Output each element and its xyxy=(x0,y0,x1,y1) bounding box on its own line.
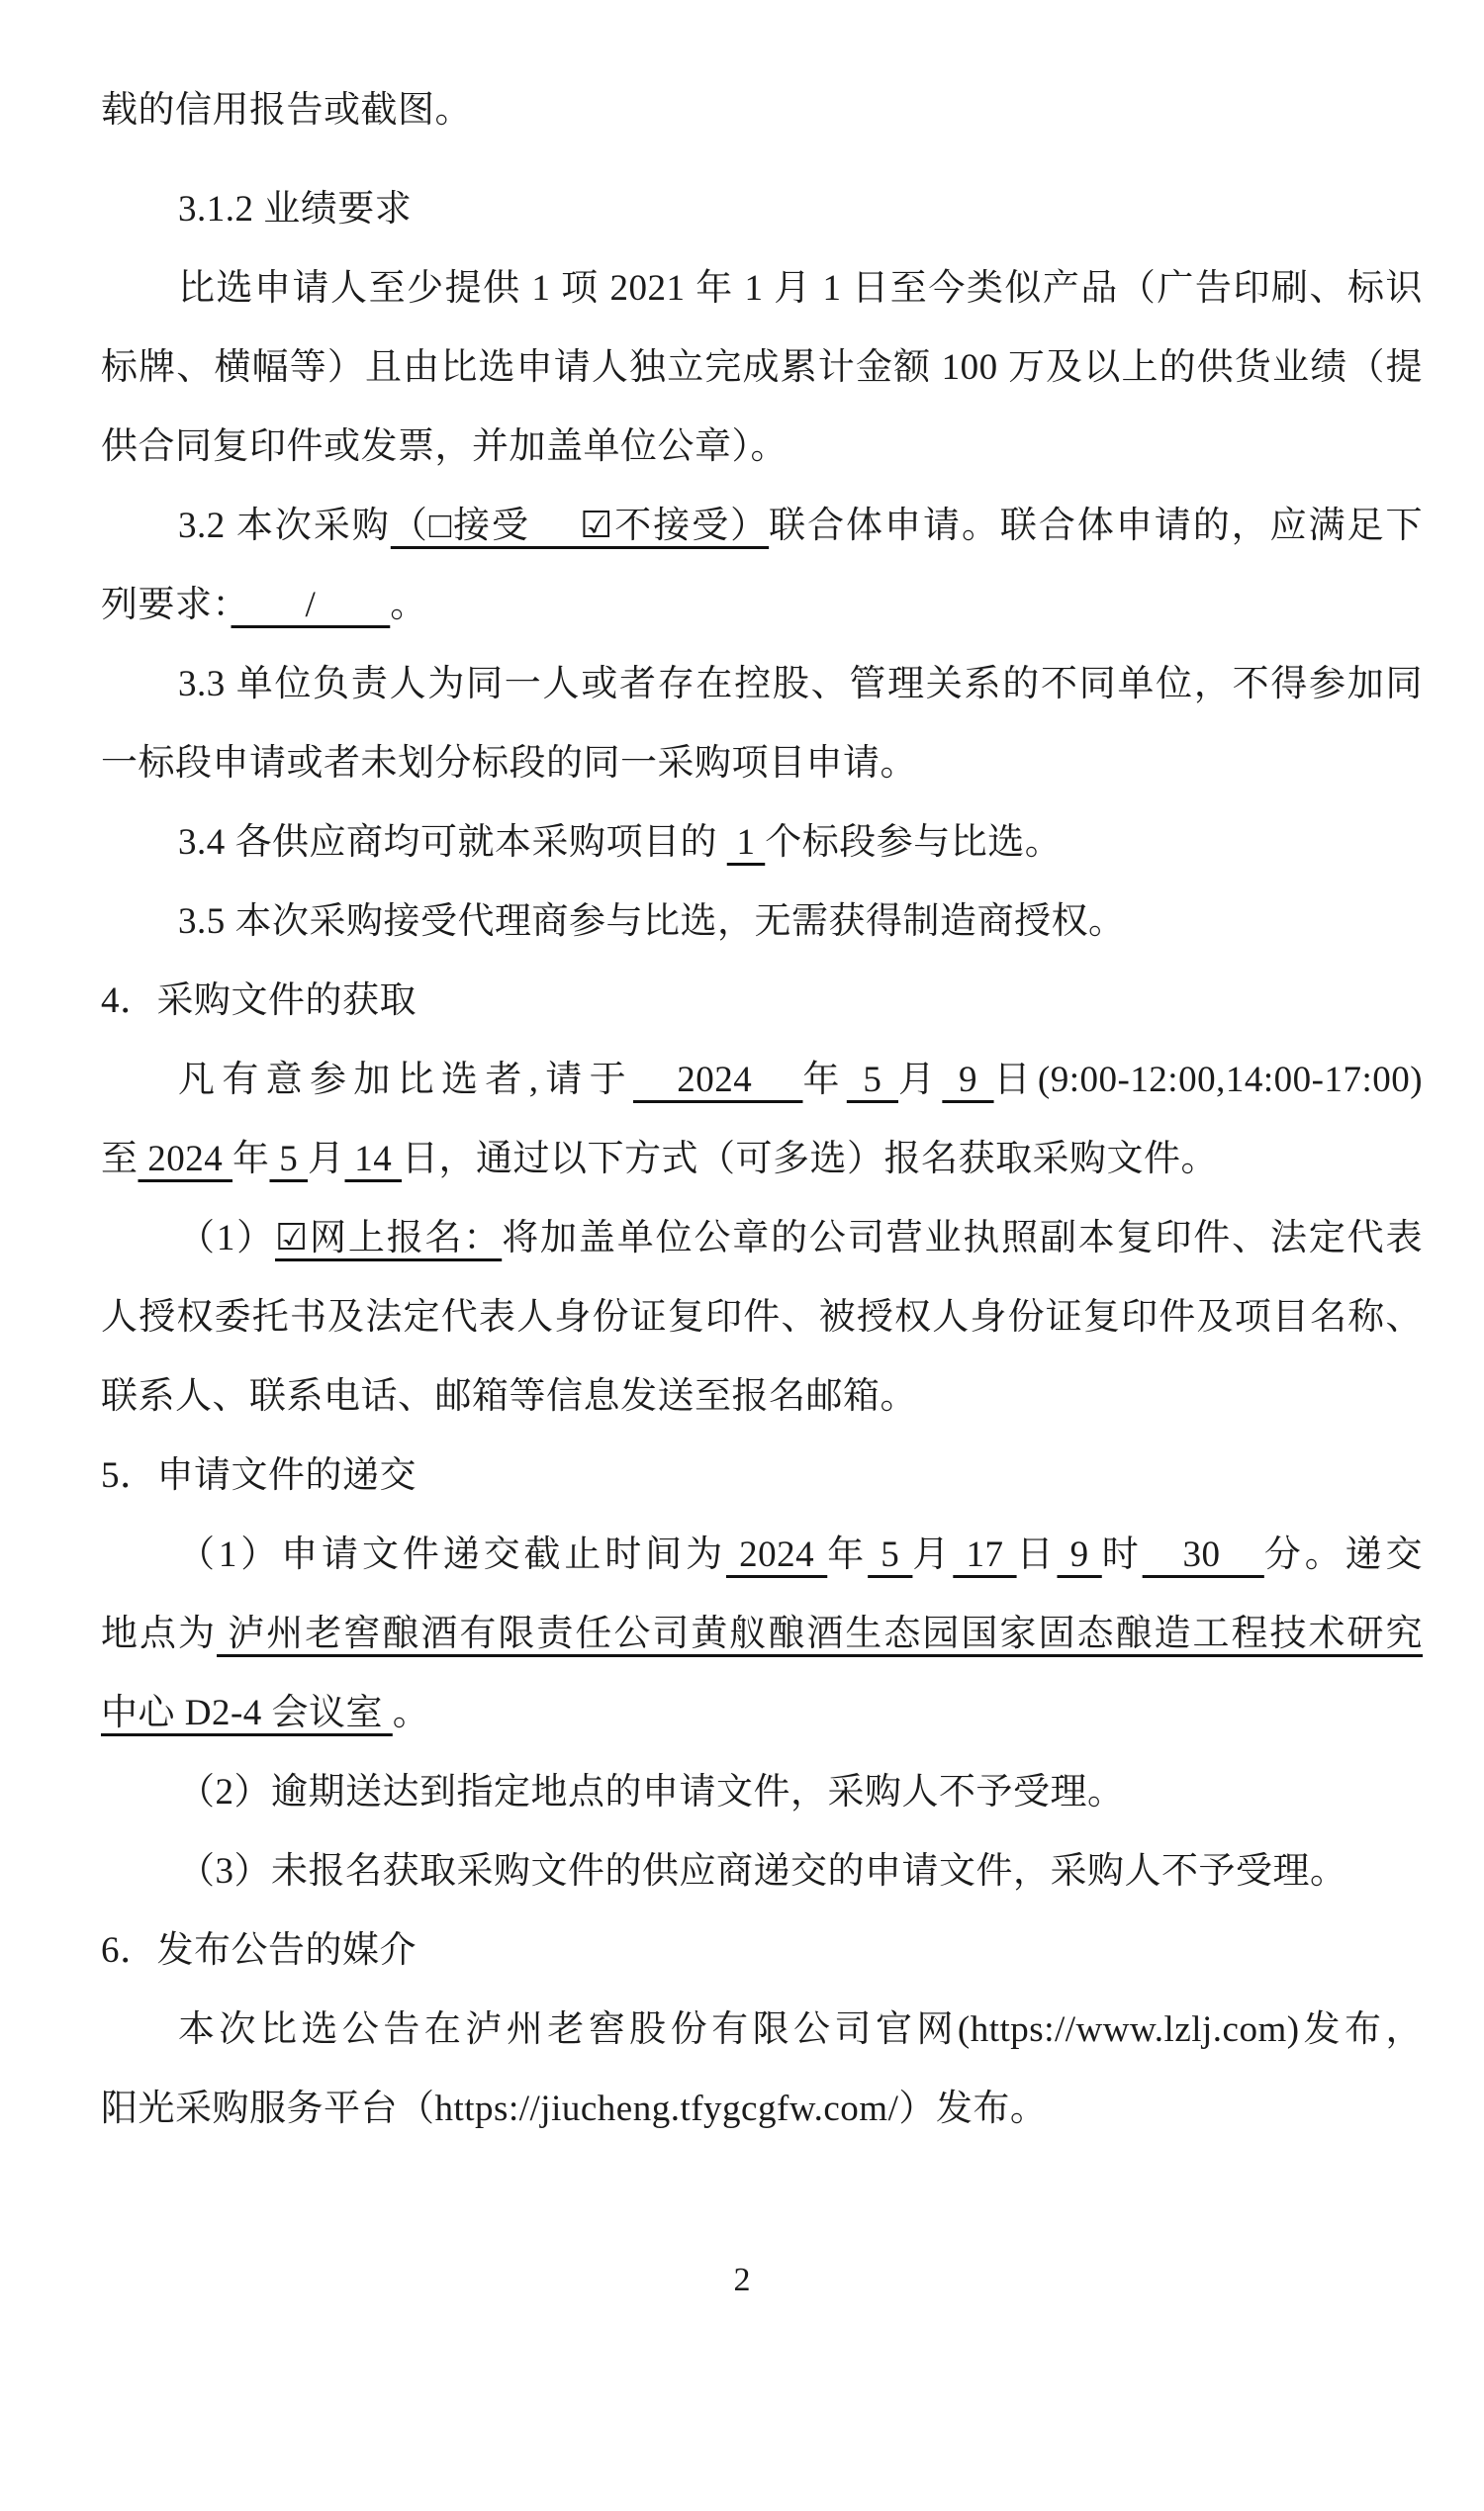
para-3-4: 3.4 各供应商均可就本采购项目的 1 个标段参与比选。 xyxy=(101,803,1423,883)
underlined-blank-text: 14 xyxy=(345,1139,403,1179)
underlined-blank-text: 2024 xyxy=(139,1139,233,1179)
heading-5: 5．申请文件的递交 xyxy=(101,1437,1423,1516)
para-6-1-line-1: 本次比选公告在泸州老窖股份有限公司官网(https://www.lzlj.com… xyxy=(101,1991,1423,2070)
text-run: 3.1.2 业绩要求 xyxy=(178,189,412,230)
underlined-blank-text: 2024 xyxy=(633,1060,803,1100)
document-body: 载的信用报告或截图。3.1.2 业绩要求比选申请人至少提供 1 项 2021 年… xyxy=(101,71,1423,2149)
heading-3-1-2: 3.1.2 业绩要求 xyxy=(101,170,1423,249)
underlined-blank-text: 30 xyxy=(1143,1534,1264,1575)
text-run: 4．采购文件的获取 xyxy=(101,980,417,1021)
document-page: 载的信用报告或截图。3.1.2 业绩要求比选申请人至少提供 1 项 2021 年… xyxy=(0,0,1484,2511)
text-run: 时 xyxy=(1102,1534,1143,1575)
para-4-1-line-1: 凡有意参加比选者,请于 2024 年 5 月 9 日(9:00-12:00,14… xyxy=(101,1041,1423,1120)
para-3-1-2-line-3: 供合同复印件或发票，并加盖单位公章）。 xyxy=(101,408,1423,487)
underlined-blank-text: ☑网上报名： xyxy=(275,1218,502,1258)
text-run: 阳光采购服务平台（https://jiucheng.tfygcgfw.com/）… xyxy=(101,2089,1047,2129)
para-4-1-line-2: 至 2024 年 5 月 14 日，通过以下方式（可多选）报名获取采购文件。 xyxy=(101,1120,1423,1199)
para-4-2-line-1: （1）☑网上报名：将加盖单位公章的公司营业执照副本复印件、法定代表 xyxy=(101,1199,1423,1278)
para-3-2-line-2: 列要求： / 。 xyxy=(101,566,1423,645)
text-run: 年 xyxy=(802,1060,846,1100)
page-number: 2 xyxy=(0,2257,1484,2304)
text-run: 3.4 各供应商均可就本采购项目的 xyxy=(178,822,727,863)
para-3-3-line-2: 一标段申请或者未划分标段的同一采购项目申请。 xyxy=(101,724,1423,803)
text-run: 。 xyxy=(390,585,427,625)
underlined-blank-text: 5 xyxy=(270,1139,309,1179)
text-run: 年 xyxy=(232,1139,270,1179)
underlined-blank-text: （□接受 ☑不接受） xyxy=(391,506,769,546)
para-5-1-line-1: （1）申请文件递交截止时间为 2024 年 5 月 17 日 9 时 30 分。… xyxy=(101,1516,1423,1595)
text-run: （3）未报名获取采购文件的供应商递交的申请文件，采购人不予受理。 xyxy=(178,1851,1347,1892)
para-3-1-2-line-2: 标牌、横幅等）且由比选申请人独立完成累计金额 100 万及以上的供货业绩（提 xyxy=(101,328,1423,408)
underlined-blank-text: 17 xyxy=(953,1534,1016,1575)
text-run: 本次比选公告在泸州老窖股份有限公司官网(https://www.lzlj.com… xyxy=(178,2009,1423,2050)
text-run: 6．发布公告的媒介 xyxy=(101,1930,417,1971)
text-run: 日 xyxy=(1017,1534,1058,1575)
text-run: 分。递交 xyxy=(1264,1534,1423,1575)
text-run: 个标段参与比选。 xyxy=(765,822,1062,863)
para-4-2-line-3: 联系人、联系电话、邮箱等信息发送至报名邮箱。 xyxy=(101,1357,1423,1437)
text-run: 供合同复印件或发票，并加盖单位公章）。 xyxy=(101,426,788,467)
underlined-blank-text: 9 xyxy=(942,1060,993,1100)
para-5-1-line-2: 地点为 泸州老窖酿酒有限责任公司黄舣酿酒生态园国家固态酿造工程技术研究 xyxy=(101,1595,1423,1674)
para-3-5: 3.5 本次采购接受代理商参与比选，无需获得制造商授权。 xyxy=(101,883,1423,962)
text-run: 月 xyxy=(308,1139,345,1179)
underlined-blank-text: 2024 xyxy=(726,1534,827,1575)
underlined-blank-text: 1 xyxy=(727,822,766,863)
para-credit-report-tail: 载的信用报告或截图。 xyxy=(101,71,1423,150)
text-run: 至 xyxy=(101,1139,139,1179)
underlined-blank-text: / xyxy=(232,585,391,625)
text-run: 联合体申请。联合体申请的，应满足下 xyxy=(769,506,1423,546)
text-run: 5．申请文件的递交 xyxy=(101,1455,417,1496)
underlined-blank-text: 泸州老窖酿酒有限责任公司黄舣酿酒生态园国家固态酿造工程技术研究 xyxy=(217,1614,1423,1654)
text-run: （2）逾期送达到指定地点的申请文件，采购人不予受理。 xyxy=(178,1772,1125,1813)
para-3-3-line-1: 3.3 单位负责人为同一人或者存在控股、管理关系的不同单位，不得参加同 xyxy=(101,645,1423,724)
text-run: 标牌、横幅等）且由比选申请人独立完成累计金额 100 万及以上的供货业绩（提 xyxy=(101,347,1423,388)
para-4-2-line-2: 人授权委托书及法定代表人身份证复印件、被授权人身份证复印件及项目名称、 xyxy=(101,1278,1423,1357)
para-6-1-line-2: 阳光采购服务平台（https://jiucheng.tfygcgfw.com/）… xyxy=(101,2070,1423,2149)
para-5-2: （2）逾期送达到指定地点的申请文件，采购人不予受理。 xyxy=(101,1753,1423,1832)
para-3-2-line-1: 3.2 本次采购（□接受 ☑不接受）联合体申请。联合体申请的，应满足下 xyxy=(101,487,1423,566)
text-run: 比选申请人至少提供 1 项 2021 年 1 月 1 日至今类似产品（广告印刷、… xyxy=(178,268,1423,309)
text-run: 日(9:00-12:00,14:00-17:00) xyxy=(994,1060,1424,1100)
text-run: 3.3 单位负责人为同一人或者存在控股、管理关系的不同单位，不得参加同 xyxy=(178,664,1423,704)
text-run: 地点为 xyxy=(101,1614,217,1654)
text-run: 日，通过以下方式（可多选）报名获取采购文件。 xyxy=(402,1139,1218,1179)
para-3-1-2-line-1: 比选申请人至少提供 1 项 2021 年 1 月 1 日至今类似产品（广告印刷、… xyxy=(101,249,1423,328)
text-run: 月 xyxy=(912,1534,953,1575)
text-run: 载的信用报告或截图。 xyxy=(101,90,472,131)
text-run: 凡有意参加比选者,请于 xyxy=(178,1060,633,1100)
heading-4: 4．采购文件的获取 xyxy=(101,962,1423,1041)
heading-6: 6．发布公告的媒介 xyxy=(101,1911,1423,1991)
text-run: 。 xyxy=(393,1693,430,1733)
text-run: （1）申请文件递交截止时间为 xyxy=(178,1534,726,1575)
underlined-blank-text: 5 xyxy=(847,1060,898,1100)
text-run: 3.2 本次采购 xyxy=(178,506,391,546)
para-5-1-line-3: 中心 D2-4 会议室 。 xyxy=(101,1674,1423,1753)
text-run: 3.5 本次采购接受代理商参与比选，无需获得制造商授权。 xyxy=(178,901,1126,942)
text-run: 将加盖单位公章的公司营业执照副本复印件、法定代表 xyxy=(502,1218,1423,1258)
text-run: 一标段申请或者未划分标段的同一采购项目申请。 xyxy=(101,743,917,784)
text-run: 年 xyxy=(827,1534,868,1575)
text-run: 人授权委托书及法定代表人身份证复印件、被授权人身份证复印件及项目名称、 xyxy=(101,1297,1423,1338)
text-run: （1） xyxy=(178,1218,275,1258)
text-run: 月 xyxy=(898,1060,942,1100)
para-5-3: （3）未报名获取采购文件的供应商递交的申请文件，采购人不予受理。 xyxy=(101,1832,1423,1911)
text-run: 列要求： xyxy=(101,585,232,625)
underlined-blank-text: 9 xyxy=(1057,1534,1101,1575)
underlined-blank-text: 5 xyxy=(868,1534,912,1575)
text-run: 联系人、联系电话、邮箱等信息发送至报名邮箱。 xyxy=(101,1376,917,1417)
underlined-blank-text: 中心 D2-4 会议室 xyxy=(101,1693,393,1733)
